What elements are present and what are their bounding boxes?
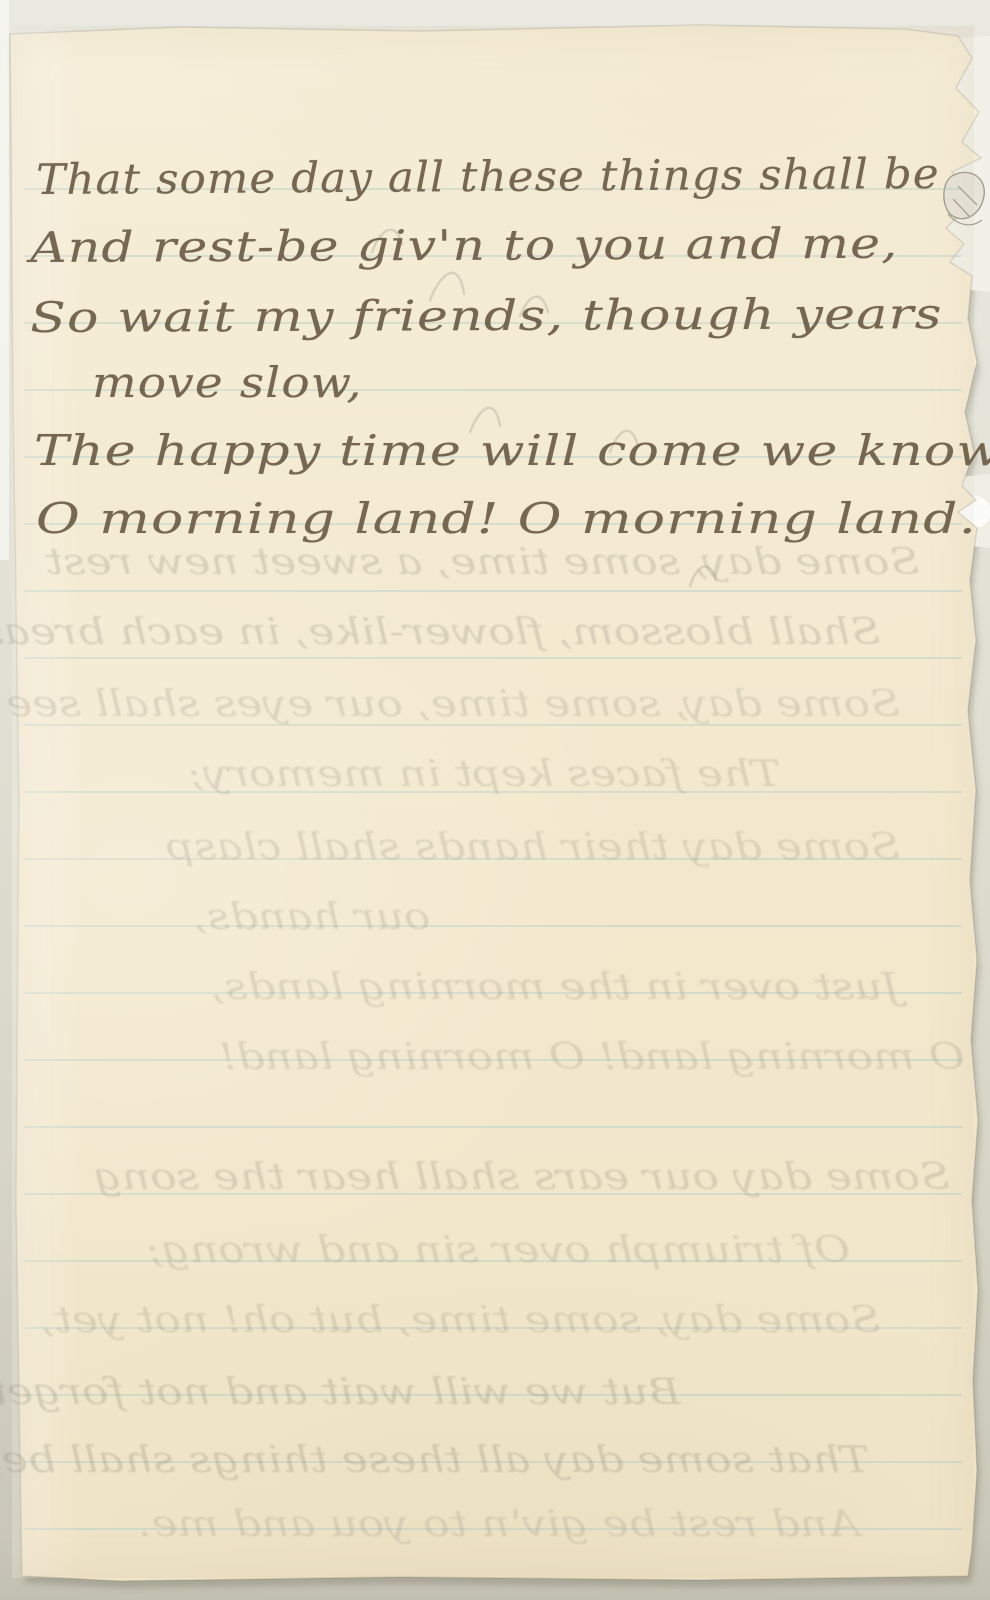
bleedthrough-line: O morning land! O morning land! (0, 1037, 990, 1078)
bleedthrough-line: But we will wait and not forget (0, 1372, 990, 1413)
handwriting-line: move slow, (92, 358, 363, 407)
bleedthrough-line: Of triumph over sin and wrong; (0, 1230, 990, 1271)
bleedthrough-line: Some day our ears shall hear the song (0, 1157, 990, 1198)
bleedthrough-line: Shall blossom, flower-like, in each brea… (0, 612, 990, 653)
bleedthrough-line: Some day, some time, a sweet new rest (0, 542, 990, 583)
bleedthrough-line: That some day all these things shall be, (0, 1440, 990, 1481)
bleedthrough-line: Just over in the morning lands, (0, 967, 990, 1008)
handwriting-line: So wait my friends, though years (30, 289, 943, 342)
handwriting-line: And rest-be giv'n to you and me, (30, 219, 899, 272)
bleedthrough-line: Some day, some time, but oh! not yet, (0, 1300, 990, 1341)
scanned-letter-page: Some day, some time, a sweet new rest Sh… (0, 0, 990, 1600)
bleedthrough-line: And rest be giv'n to you and me. (0, 1504, 990, 1545)
bleedthrough-line: Some day their hands shall clasp (0, 827, 990, 868)
handwriting-line: The happy time will come we know. (34, 426, 990, 475)
bleedthrough-line: The faces kept in memory; (0, 754, 990, 795)
handwriting-line: That some day all these things shall be (36, 149, 940, 204)
bleedthrough-line: Some day, some time, our eyes shall see (0, 684, 990, 725)
bleedthrough-line: our hands, (0, 897, 990, 938)
handwriting-line: O morning land! O morning land. (36, 494, 977, 543)
